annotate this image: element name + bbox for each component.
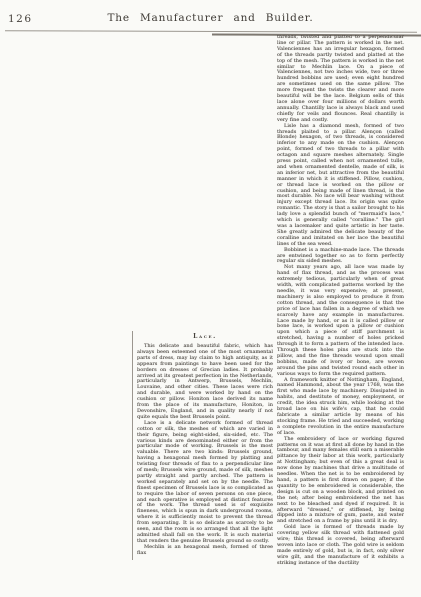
left-column-divider-rule: [132, 331, 133, 560]
paragraph: This delicate and beautiful fabric, whic…: [137, 344, 273, 421]
header-rule-thin: [5, 30, 417, 33]
right-column-text: threads, twisted and platted to a perpen…: [277, 35, 404, 567]
left-column: Lace. This delicate and beautiful fabric…: [137, 331, 273, 559]
magazine-page: 126 The Manufacturer and Builder. Lace. …: [0, 0, 421, 597]
paragraph: Gold lace is formed of threads made by c…: [277, 525, 404, 566]
paragraph: Lace is a delicate network formed of thr…: [137, 421, 273, 545]
paragraph: Not many years ago, all lace was made by…: [277, 265, 404, 377]
paragraph: The embroidery of lace or working figure…: [277, 437, 404, 526]
paragraph: A framework knitter of Nottingham, Engla…: [277, 378, 404, 437]
paragraph: Lisle has a diamond mesh, formed of two …: [277, 124, 404, 248]
paragraph: threads, twisted and platted to a perpen…: [277, 35, 404, 124]
left-column-text: This delicate and beautiful fabric, whic…: [137, 344, 273, 557]
paragraph: Bobbinet is a machine-made lace. The thr…: [277, 248, 404, 266]
paragraph: Mechlin is an hexagonal mesh, formed of …: [137, 545, 273, 557]
article-heading: Lace.: [137, 333, 273, 340]
right-column: threads, twisted and platted to a perpen…: [277, 35, 404, 568]
journal-title: The Manufacturer and Builder.: [0, 12, 421, 24]
